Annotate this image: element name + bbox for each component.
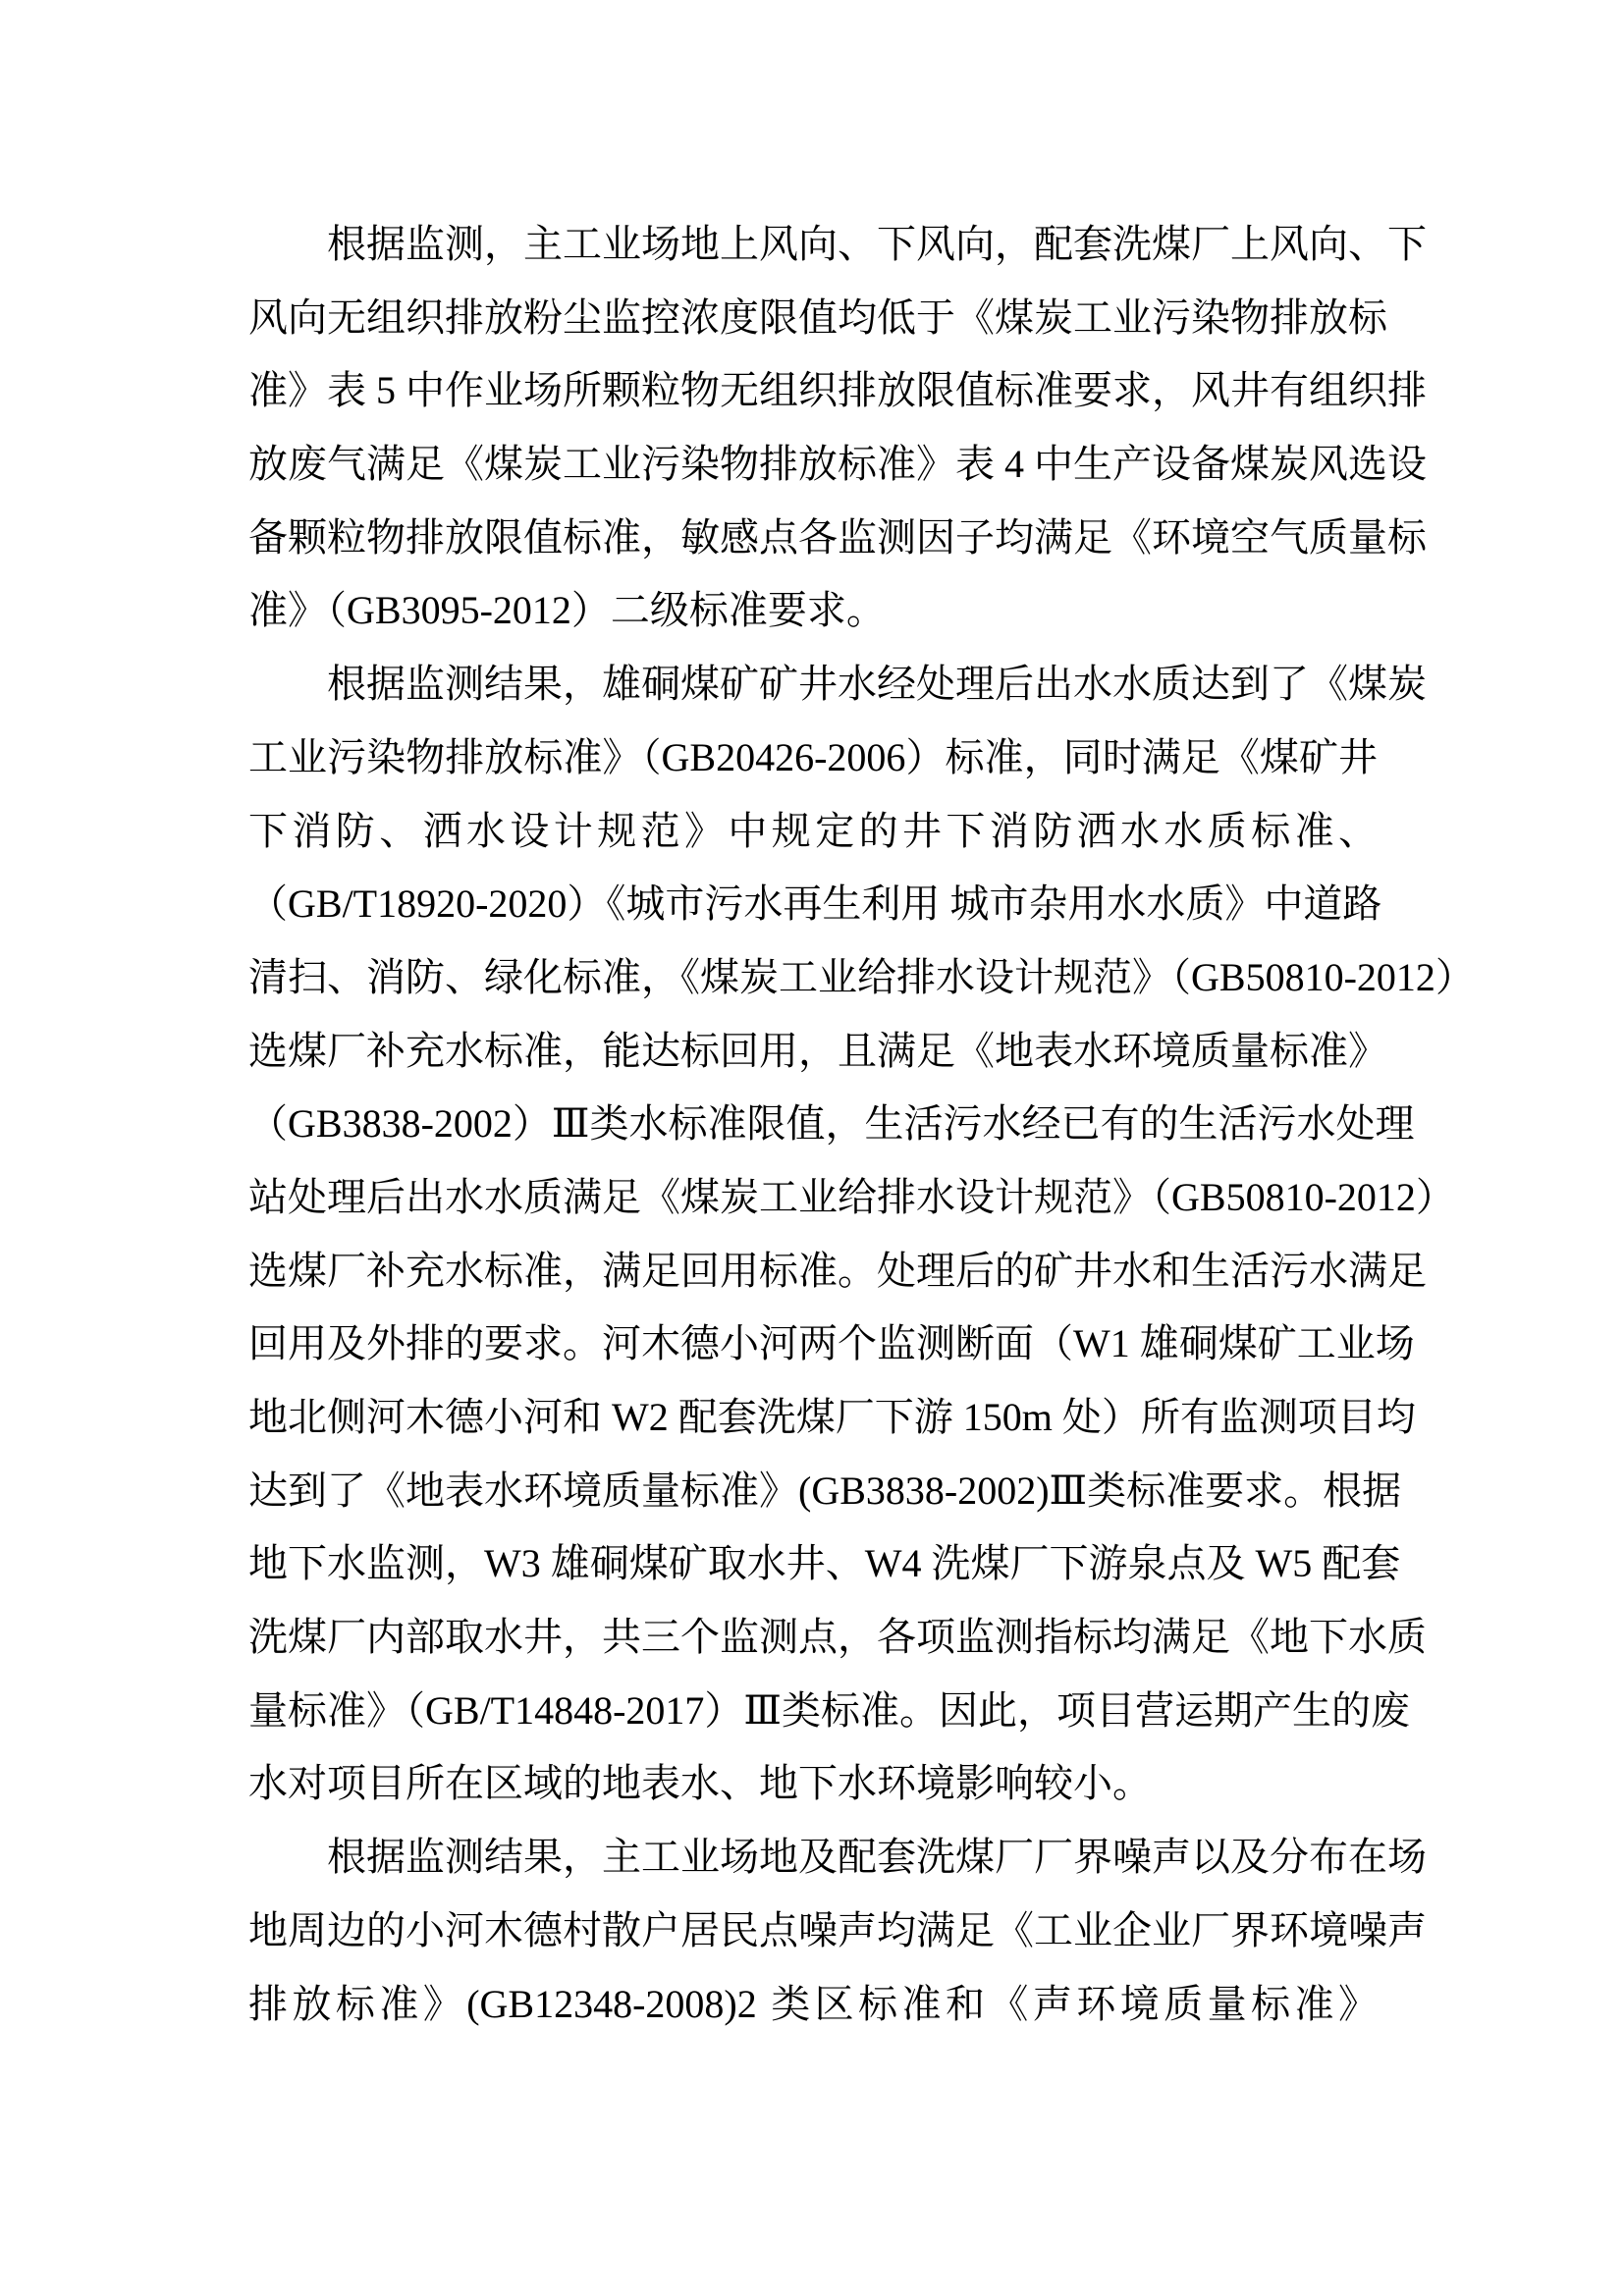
text-line: 选煤厂补充水标准，能达标回用，且满足《地表水环境质量标准》 (248, 1015, 1378, 1089)
text-line: 地下水监测，W3 雄硐煤矿取水井、W4 洗煤厂下游泉点及 W5 配套 (248, 1527, 1378, 1601)
text-line: 清扫、消防、绿化标准，《煤炭工业给排水设计规范》（GB50810-2012） (248, 941, 1378, 1015)
text-line: 站处理后出水水质满足《煤炭工业给排水设计规范》（GB50810-2012） (248, 1161, 1378, 1235)
text-line: （GB/T18920-2020）《城市污水再生利用 城市杂用水水质》中道路 (248, 868, 1378, 941)
text-line: 根据监测，主工业场地上风向、下风向，配套洗煤厂上风向、下 (248, 208, 1378, 282)
text-line: 准》（GB3095-2012）二级标准要求。 (248, 574, 1378, 648)
text-line: （GB3838-2002）Ⅲ类水标准限值，生活污水经已有的生活污水处理 (248, 1088, 1378, 1161)
text-line: 根据监测结果，主工业场地及配套洗煤厂厂界噪声以及分布在场 (248, 1821, 1378, 1895)
text-line: 下消防、洒水设计规范》中规定的井下消防洒水水质标准、 (248, 795, 1378, 869)
text-line: 排放标准》(GB12348-2008)2 类区标准和《声环境质量标准》 (248, 1968, 1378, 2042)
text-line: 选煤厂补充水标准，满足回用标准。处理后的矿井水和生活污水满足 (248, 1235, 1378, 1308)
text-line: 水对项目所在区域的地表水、地下水环境影响较小。 (248, 1747, 1378, 1821)
text-line: 风向无组织排放粉尘监控浓度限值均低于《煤炭工业污染物排放标 (248, 282, 1378, 355)
text-line: 回用及外排的要求。河木德小河两个监测断面（W1 雄硐煤矿工业场 (248, 1308, 1378, 1381)
text-line: 备颗粒物排放限值标准，敏感点各监测因子均满足《环境空气质量标 (248, 502, 1378, 575)
document-page: 根据监测，主工业场地上风向、下风向，配套洗煤厂上风向、下 风向无组织排放粉尘监控… (0, 0, 1624, 2296)
text-line: 地周边的小河木德村散户居民点噪声均满足《工业企业厂界环境噪声 (248, 1895, 1378, 1968)
text-line: 洗煤厂内部取水井，共三个监测点，各项监测指标均满足《地下水质 (248, 1601, 1378, 1675)
text-line: 量标准》（GB/T14848-2017）Ⅲ类标准。因此，项目营运期产生的废 (248, 1675, 1378, 1748)
text-line: 放废气满足《煤炭工业污染物排放标准》表 4 中生产设备煤炭风选设 (248, 428, 1378, 502)
text-line: 达到了《地表水环境质量标准》(GB3838-2002)Ⅲ类标准要求。根据 (248, 1455, 1378, 1528)
text-line: 地北侧河木德小河和 W2 配套洗煤厂下游 150m 处）所有监测项目均 (248, 1381, 1378, 1455)
text-line: 根据监测结果，雄硐煤矿矿井水经处理后出水水质达到了《煤炭 (248, 648, 1378, 721)
text-line: 准》表 5 中作业场所颗粒物无组织排放限值标准要求，风井有组织排 (248, 354, 1378, 428)
text-line: 工业污染物排放标准》（GB20426-2006）标准，同时满足《煤矿井 (248, 721, 1378, 795)
document-text-block: 根据监测，主工业场地上风向、下风向，配套洗煤厂上风向、下 风向无组织排放粉尘监控… (248, 208, 1378, 2041)
